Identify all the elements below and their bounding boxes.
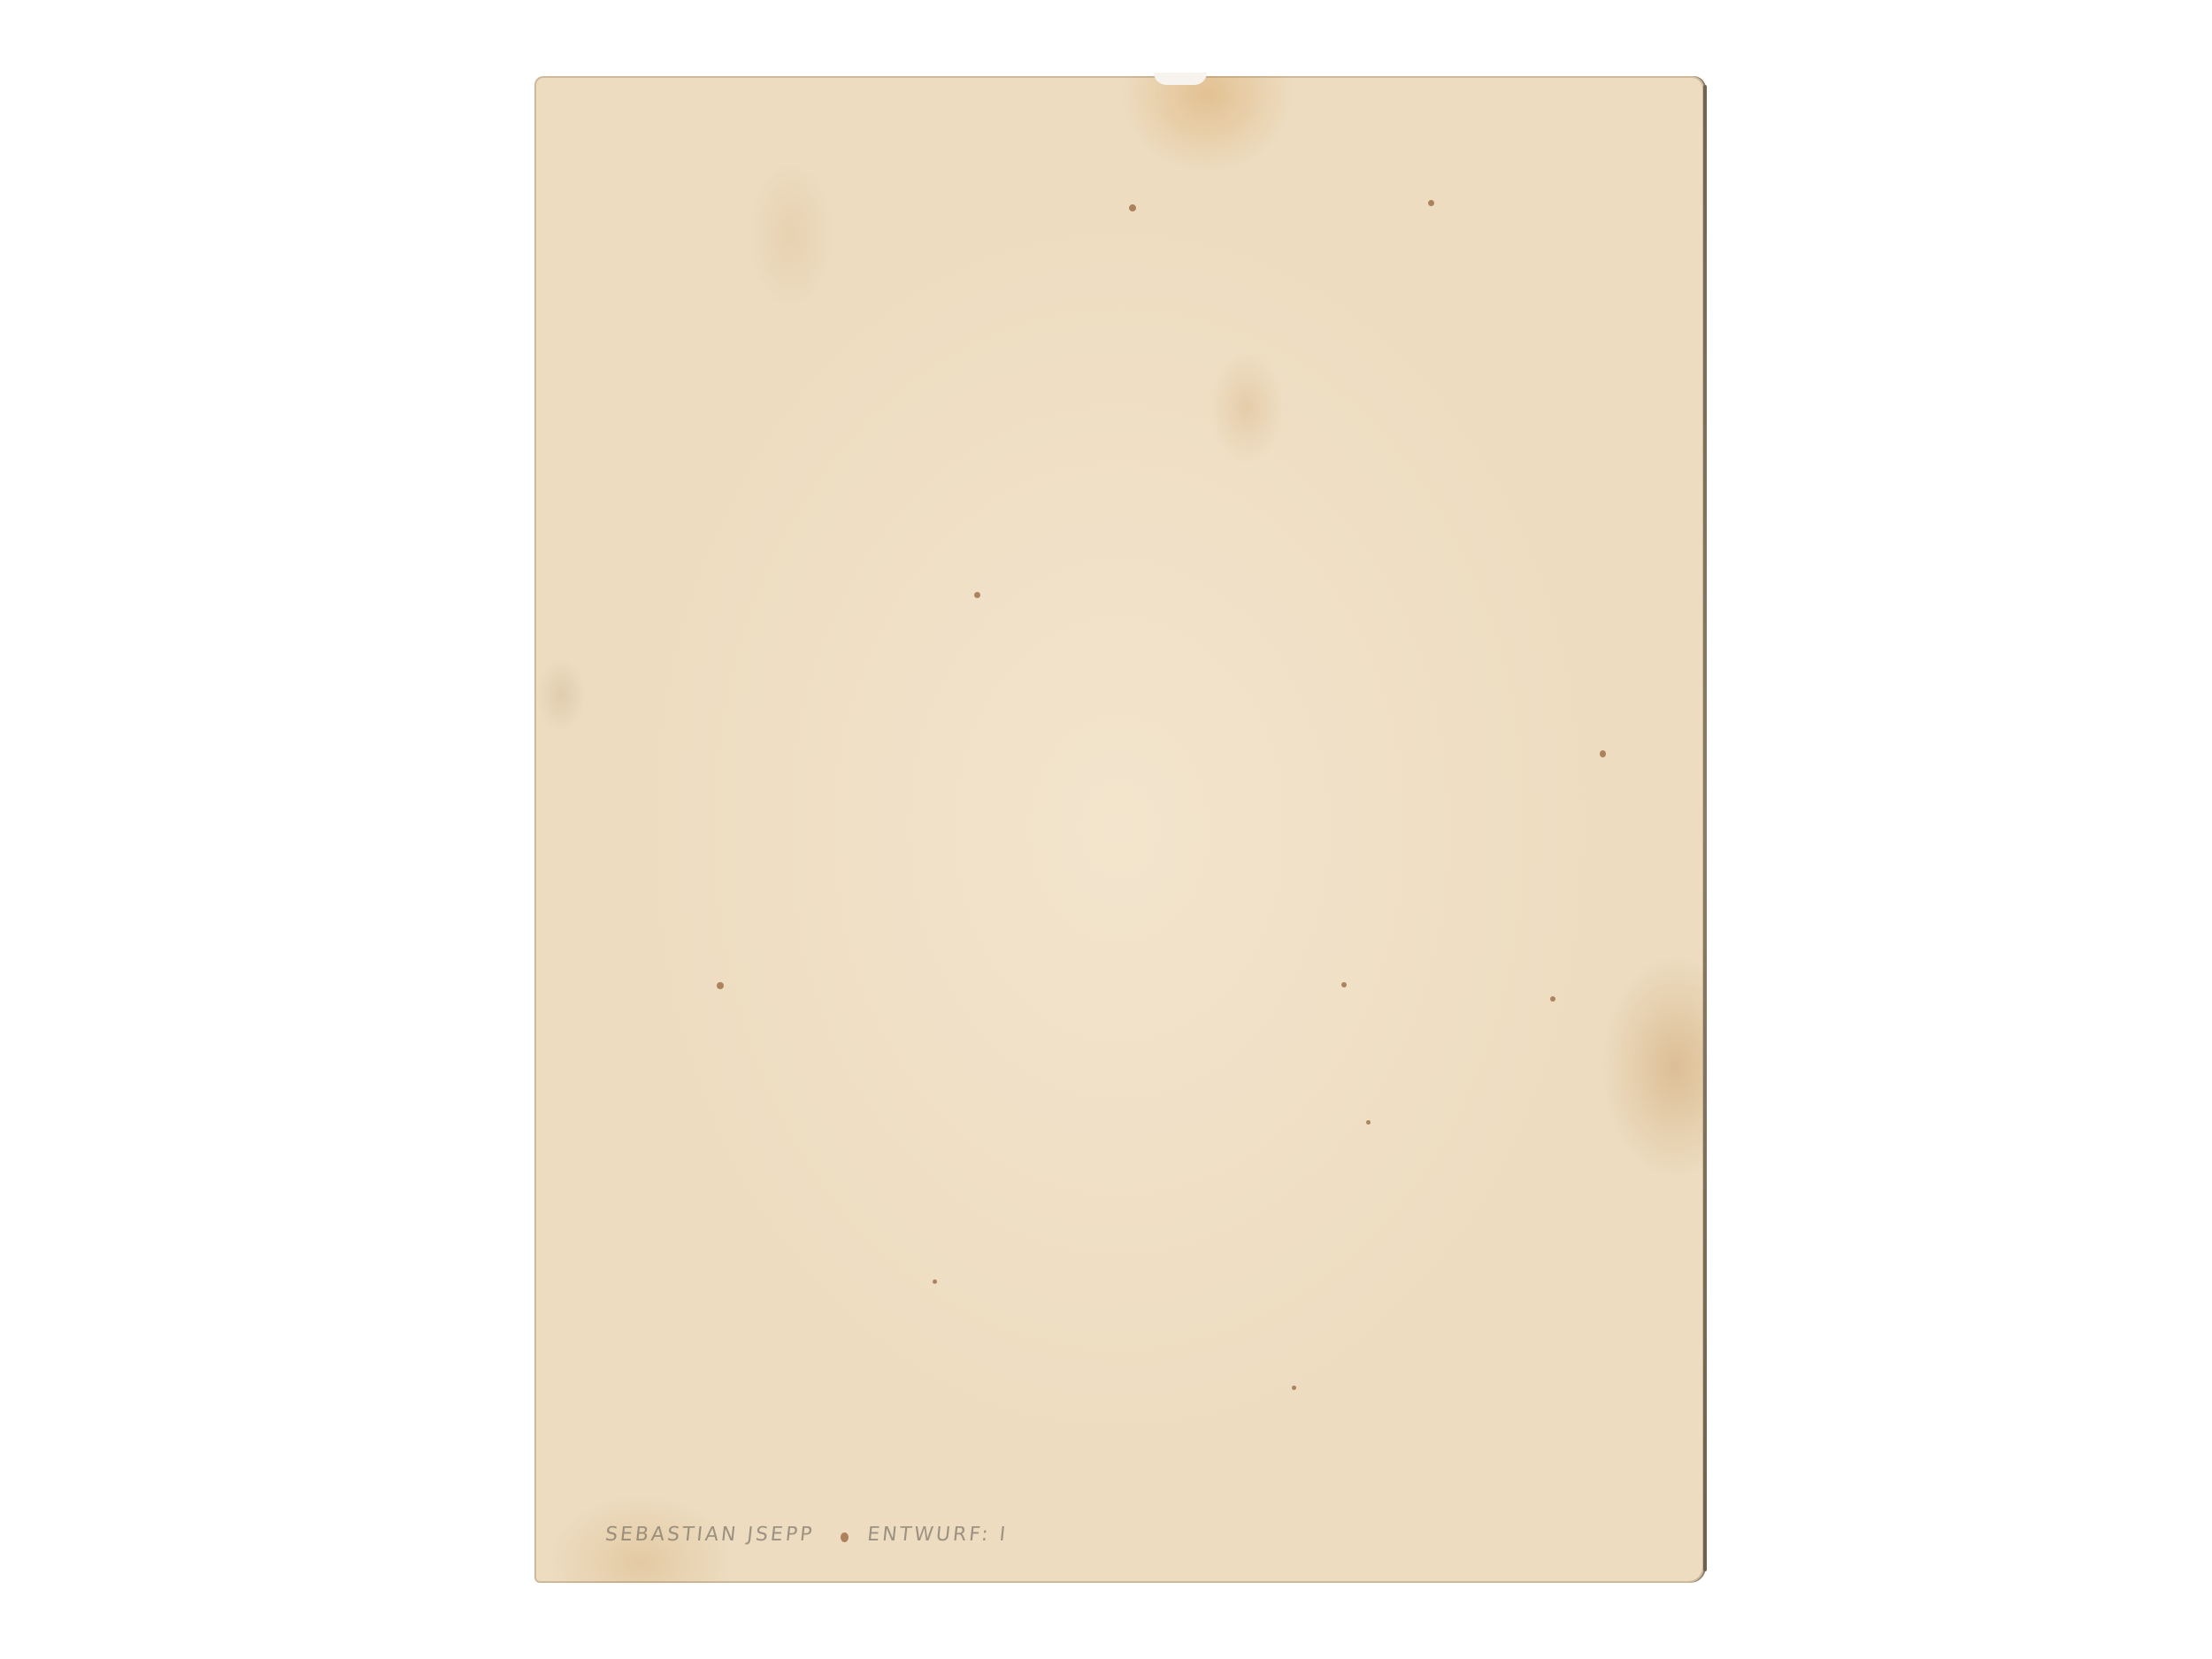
inscription-label: ENTWURF: I <box>866 1524 1009 1546</box>
foxing-spot <box>1428 200 1434 206</box>
inscription-name: SEBASTIAN JSEPP <box>604 1524 816 1546</box>
foxing-spot <box>1366 1120 1371 1125</box>
photo-stage: SEBASTIAN JSEPP ENTWURF: I <box>0 0 2212 1659</box>
foxing-spot <box>717 982 724 989</box>
foxing-spot <box>1550 996 1555 1002</box>
foxing-spot <box>933 1279 937 1284</box>
foxing-spot <box>1600 750 1606 757</box>
foxing-spot <box>1292 1386 1296 1390</box>
foxing-spot <box>974 592 980 598</box>
foxing-spot <box>1129 204 1136 211</box>
paper-card-back: SEBASTIAN JSEPP ENTWURF: I <box>534 76 1704 1583</box>
pencil-inscription: SEBASTIAN JSEPP ENTWURF: I <box>604 1524 1010 1546</box>
foxing-spot <box>1341 982 1347 987</box>
torn-notch <box>1154 73 1207 85</box>
